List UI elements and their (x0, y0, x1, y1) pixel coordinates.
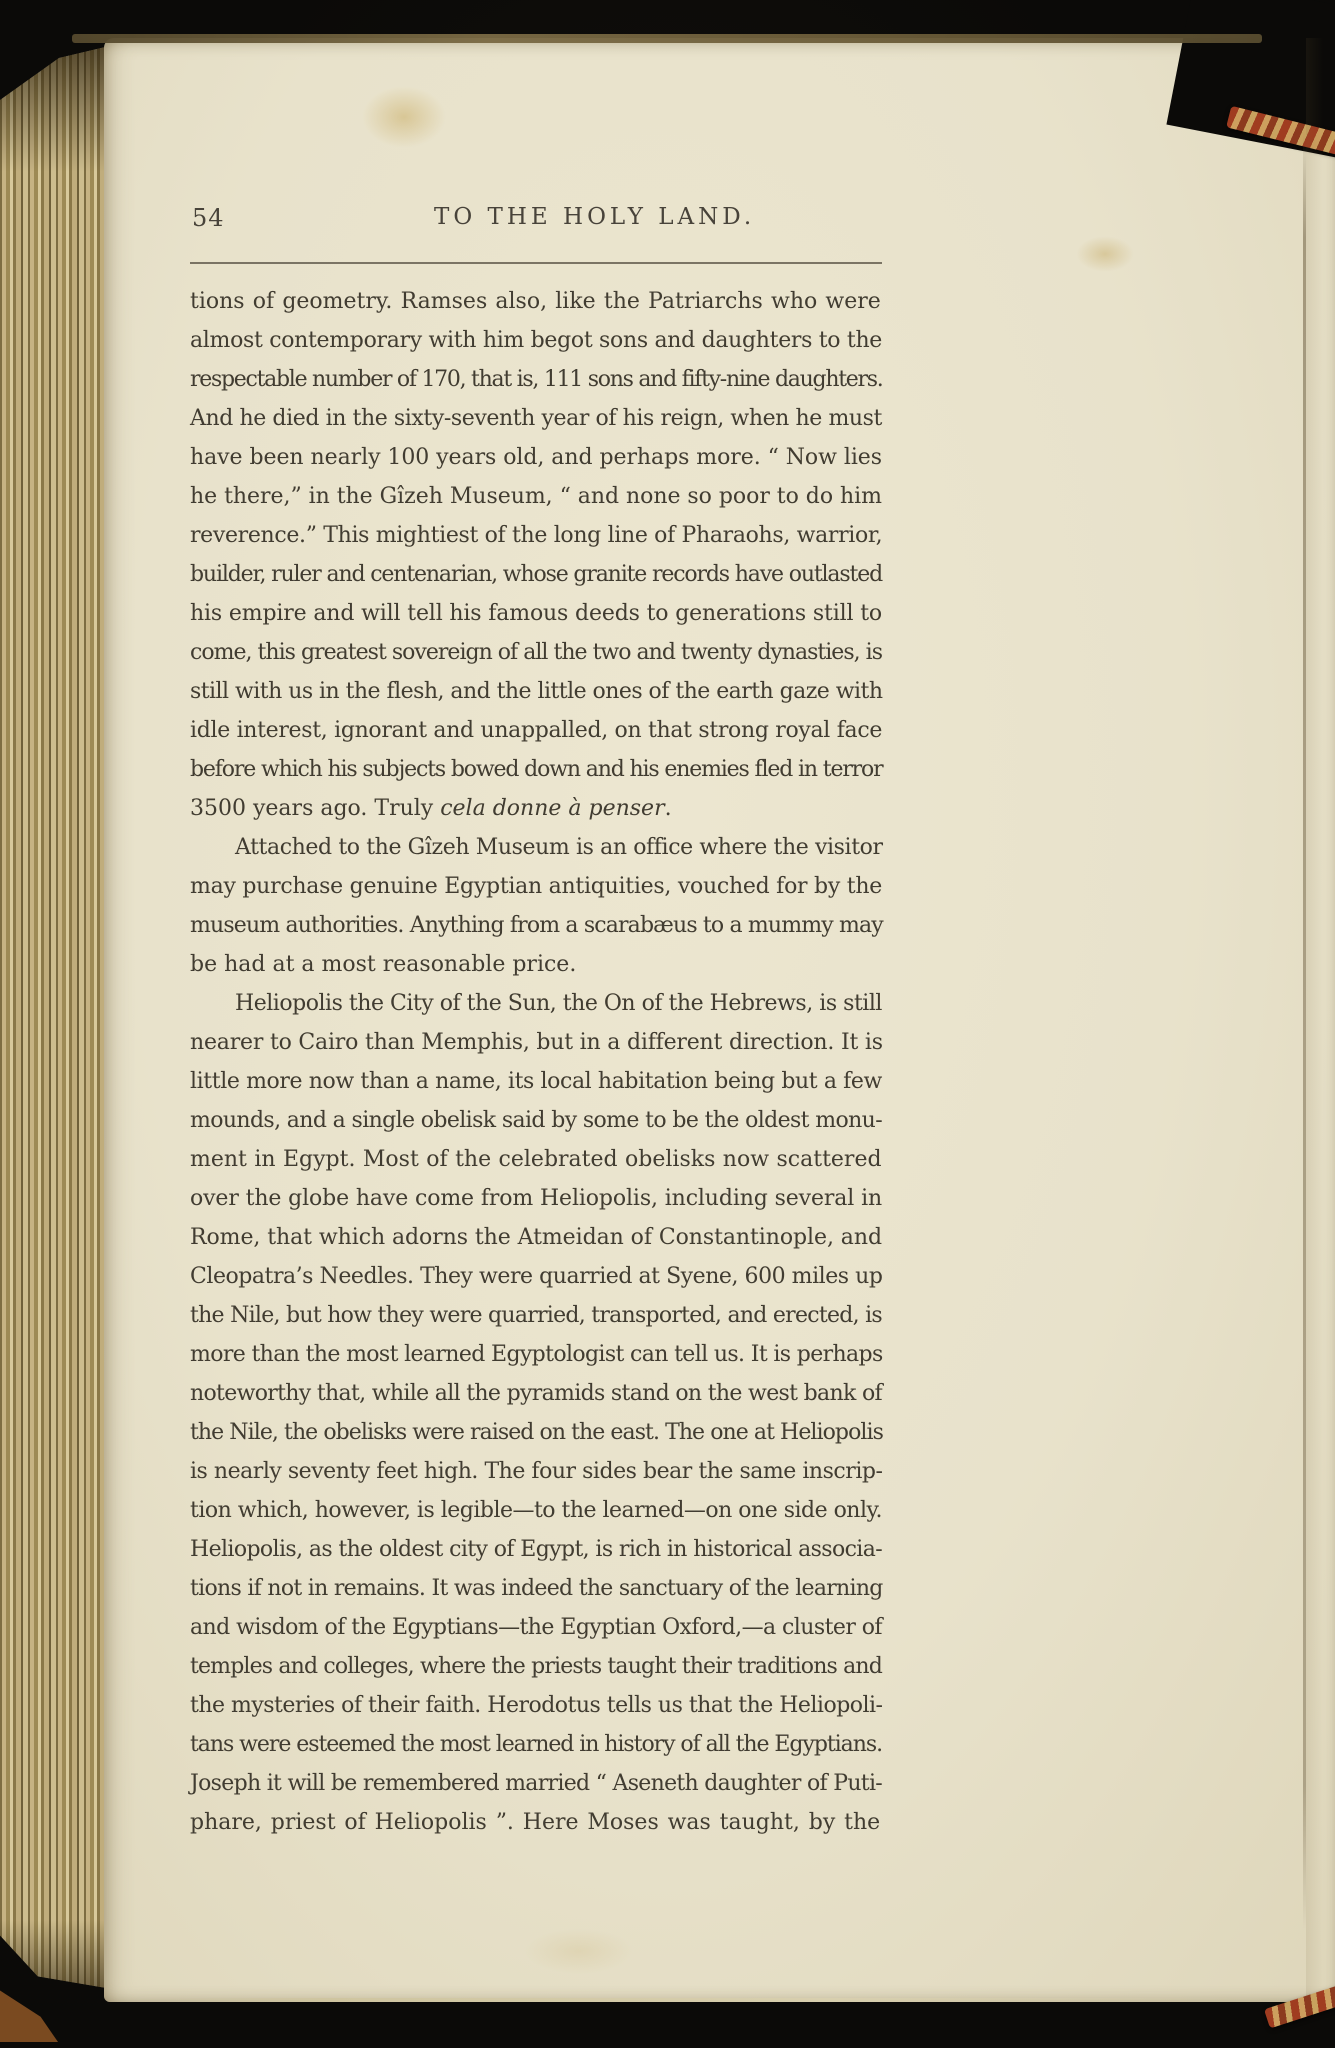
text-line: temples and colleges, where the priests … (190, 1647, 882, 1686)
paragraph: tions of geometry. Ramses also, like the… (190, 282, 882, 828)
text-line: be had at a most reasonable price. (190, 945, 882, 984)
text-line: phare, priest of Heliopolis ”. Here Mose… (190, 1803, 882, 1842)
text-line: tion which, however, is legible—to the l… (190, 1491, 882, 1530)
text-line: more than the most learned Egyptologist … (190, 1335, 882, 1374)
text-line: Heliopolis the City of the Sun, the On o… (190, 984, 882, 1023)
book-photo: 54 TO THE HOLY LAND. tions of geometry. … (0, 0, 1335, 2048)
text-line: almost contemporary with him begot sons … (190, 321, 882, 360)
text-line: the Nile, the obelisks were raised on th… (190, 1413, 882, 1452)
text-line: Rome, that which adorns the Atmeidan of … (190, 1218, 882, 1257)
page-number: 54 (192, 204, 225, 232)
text-line: over the globe have come from Heliopolis… (190, 1179, 882, 1218)
text-line: And he died in the sixty-seventh year of… (190, 399, 882, 438)
text-line: mounds, and a single obelisk said by som… (190, 1101, 882, 1140)
text-block: 54 TO THE HOLY LAND. tions of geometry. … (190, 204, 882, 1842)
text-line: builder, ruler and centenarian, whose gr… (190, 555, 882, 594)
text-line: and wisdom of the Egyptians—the Egyptian… (190, 1608, 882, 1647)
text-line: museum authorities. Anything from a scar… (190, 906, 882, 945)
text-line: little more now than a name, its local h… (190, 1062, 882, 1101)
foxing-stain (1076, 236, 1134, 272)
text-line: before which his subjects bowed down and… (190, 750, 882, 789)
right-page-shading (1306, 38, 1335, 2002)
leather-corner (0, 1986, 58, 2042)
text-line: tions if not in remains. It was indeed t… (190, 1569, 882, 1608)
text-line: Attached to the Gîzeh Museum is an offic… (190, 828, 882, 867)
page-top-edge (72, 34, 1262, 43)
text-line: 3500 years ago. Truly cela donne à pense… (190, 789, 882, 828)
text-line: he there,” in the Gîzeh Museum, “ and no… (190, 477, 882, 516)
page-header: 54 TO THE HOLY LAND. (190, 204, 882, 238)
page-body: tions of geometry. Ramses also, like the… (190, 282, 882, 1842)
text-line: have been nearly 100 years old, and perh… (190, 438, 882, 477)
foxing-stain (524, 1928, 634, 1974)
paragraph: Attached to the Gîzeh Museum is an offic… (190, 828, 882, 984)
text-line: Heliopolis, as the oldest city of Egypt,… (190, 1530, 882, 1569)
page-edges-stack (0, 42, 118, 1990)
running-title: TO THE HOLY LAND. (434, 204, 755, 230)
text-line: respectable number of 170, that is, 111 … (190, 360, 882, 399)
page-bottom-edge (160, 1998, 1280, 2002)
text-line: Cleopatra’s Needles. They were quarried … (190, 1257, 882, 1296)
text-line: come, this greatest sovereign of all the… (190, 633, 882, 672)
text-line: is nearly seventy feet high. The four si… (190, 1452, 882, 1491)
header-rule (190, 262, 882, 264)
text-line: tions of geometry. Ramses also, like the… (190, 282, 882, 321)
text-line: ment in Egypt. Most of the celebrated ob… (190, 1140, 882, 1179)
text-line: may purchase genuine Egyptian antiquitie… (190, 867, 882, 906)
text-line: the mysteries of their faith. Herodotus … (190, 1686, 882, 1725)
text-line: reverence.” This mightiest of the long l… (190, 516, 882, 555)
foxing-stain (362, 86, 446, 148)
text-line: his empire and will tell his famous deed… (190, 594, 882, 633)
text-line: the Nile, but how they were quarried, tr… (190, 1296, 882, 1335)
text-line: noteworthy that, while all the pyramids … (190, 1374, 882, 1413)
text-line: tans were esteemed the most learned in h… (190, 1725, 882, 1764)
text-line: idle interest, ignorant and unappalled, … (190, 711, 882, 750)
paragraph: Heliopolis the City of the Sun, the On o… (190, 984, 882, 1842)
text-line: nearer to Cairo than Memphis, but in a d… (190, 1023, 882, 1062)
text-line: still with us in the flesh, and the litt… (190, 672, 882, 711)
text-line: Joseph it will be remembered married “ A… (190, 1764, 882, 1803)
